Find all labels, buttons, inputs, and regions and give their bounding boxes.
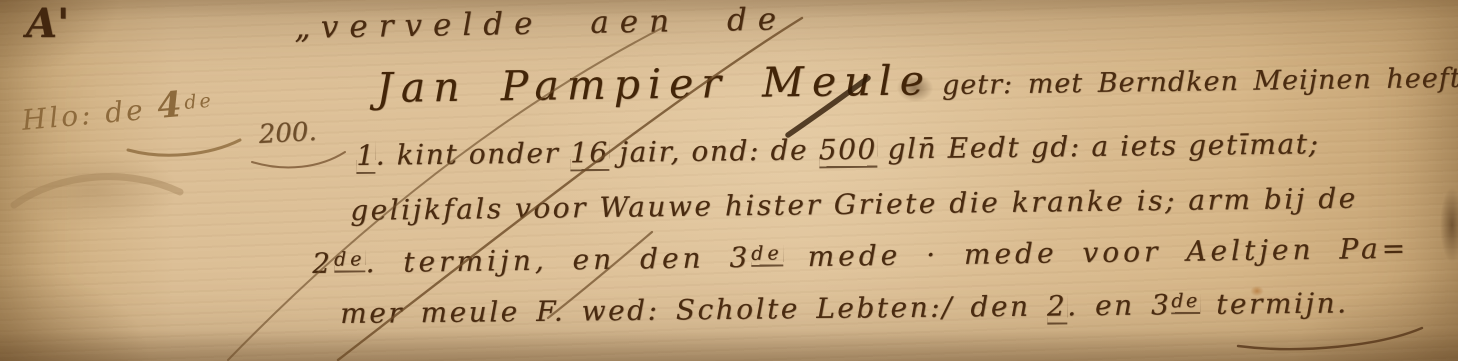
amount-underline-flourish xyxy=(252,152,345,167)
margin-note: Hlo: de 4de xyxy=(20,81,216,139)
entry-line-5: mer meule F. wed: Scholte Lebten:/ den 2… xyxy=(340,286,1349,330)
margin-amount: 200. xyxy=(258,117,317,150)
entry-line-1-rest: getr: met Berndken Meijnen heeft xyxy=(942,63,1458,101)
entry-line-4: 2de. termijn, en den 3de mede · mede voo… xyxy=(312,232,1409,280)
catchword-line: „vervelde aen de xyxy=(294,1,787,46)
entry-line-1: Jan Pampier Meulegetr: met Berndken Meij… xyxy=(376,49,1458,112)
entry-line-3: gelijkfals voor Wauwe hister Griete die … xyxy=(350,182,1358,227)
margin-note-underline-flourish xyxy=(128,140,240,155)
termijn-underline-flourish xyxy=(1238,328,1422,349)
ink-smudge-arc xyxy=(14,177,180,205)
manuscript-page: A' Hlo: de 4de 200. „vervelde aen de Jan… xyxy=(0,0,1458,361)
margin-letter-mark: A' xyxy=(26,0,69,47)
person-name: Jan Pampier Meule xyxy=(376,56,932,112)
entry-line-2: 1. kint onder 16 jair, ond: de 500 gln̄ … xyxy=(356,127,1320,172)
